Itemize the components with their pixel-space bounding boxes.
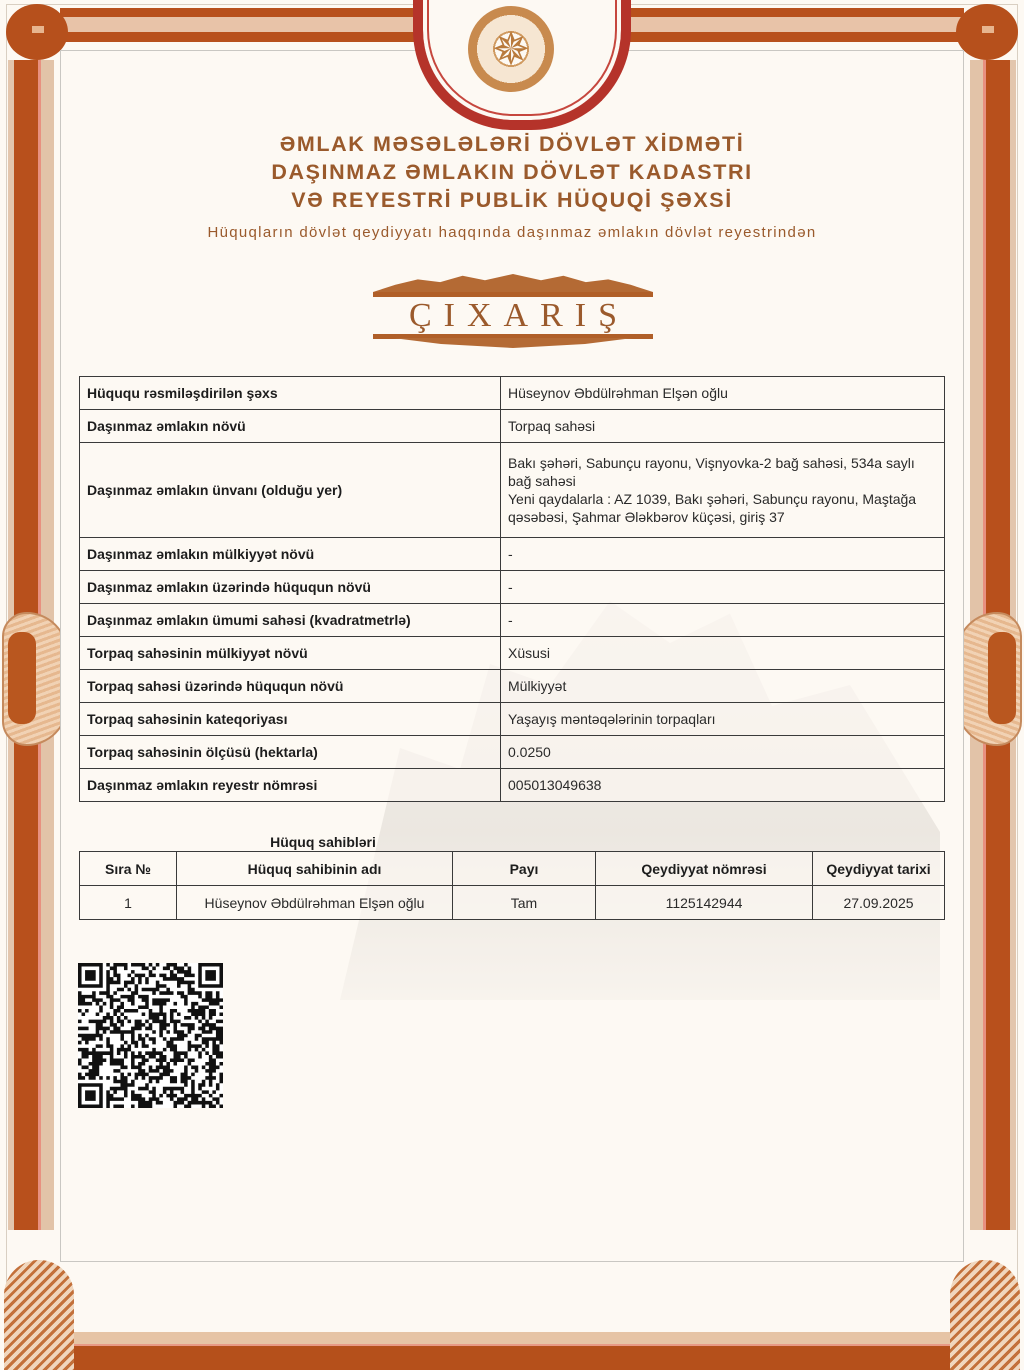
owner-name: Hüseynov Əbdülrəhman Elşən oğlu [177, 886, 453, 920]
qr-code-graphic [78, 963, 223, 1108]
table-row: Torpaq sahəsinin kateqoriyası Yaşayış mə… [80, 703, 945, 736]
table-header-row: Sıra № Hüquq sahibinin adı Payı Qeydiyya… [80, 852, 945, 886]
banner-ornament-icon [373, 274, 653, 292]
header-line-2: DAŞINMAZ ƏMLAKIN DÖVLƏT KADASTRI [0, 158, 1024, 186]
field-label: Torpaq sahəsinin mülkiyyət növü [80, 637, 501, 670]
table-row: Daşınmaz əmlakın mülkiyyət növü - [80, 538, 945, 571]
owners-section-title: Hüquq sahibləri [79, 834, 567, 850]
field-value: Mülkiyyət [501, 670, 945, 703]
table-row: Daşınmaz əmlakın ümumi sahəsi (kvadratme… [80, 604, 945, 637]
field-label: Daşınmaz əmlakın üzərində hüququn növü [80, 571, 501, 604]
column-header-owner-name: Hüquq sahibinin adı [177, 852, 453, 886]
emblem-star-icon: ✵ [492, 22, 531, 76]
address-old: Bakı şəhəri, Sabunçu rayonu, Vişnyovka-2… [508, 454, 937, 490]
column-header-index: Sıra № [80, 852, 177, 886]
banner-ornament-icon [393, 338, 633, 348]
column-header-registration-number: Qeydiyyat nömrəsi [596, 852, 813, 886]
state-emblem-icon: ✵ [468, 6, 554, 92]
table-row: Daşınmaz əmlakın reyestr nömrəsi 0050130… [80, 769, 945, 802]
frame-border-bottom [66, 1326, 958, 1370]
column-header-share: Payı [453, 852, 596, 886]
field-label: Hüququ rəsmiləşdirilən şəxs [80, 377, 501, 410]
bottom-corner-ornament-icon [950, 1260, 1020, 1370]
document-header: ƏMLAK MƏSƏLƏLƏRİ DÖVLƏT XİDMƏTİ DAŞINMAZ… [0, 130, 1024, 241]
field-label: Daşınmaz əmlakın reyestr nömrəsi [80, 769, 501, 802]
field-label: Daşınmaz əmlakın növü [80, 410, 501, 443]
field-label: Daşınmaz əmlakın ünvanı (olduğu yer) [80, 443, 501, 538]
corner-ornament-icon [956, 4, 1018, 60]
document-title-banner: ÇIXARIŞ [373, 270, 653, 348]
table-row: Hüququ rəsmiləşdirilən şəxs Hüseynov Əbd… [80, 377, 945, 410]
field-value: - [501, 571, 945, 604]
field-value: Xüsusi [501, 637, 945, 670]
header-line-1: ƏMLAK MƏSƏLƏLƏRİ DÖVLƏT XİDMƏTİ [0, 130, 1024, 158]
table-row: Torpaq sahəsi üzərində hüququn növü Mülk… [80, 670, 945, 703]
side-rosette-icon [956, 612, 1022, 746]
field-value: 0.0250 [501, 736, 945, 769]
side-rosette-icon [2, 612, 68, 746]
field-label: Torpaq sahəsi üzərində hüququn növü [80, 670, 501, 703]
registration-number: 1125142944 [596, 886, 813, 920]
owner-index: 1 [80, 886, 177, 920]
qr-code-icon[interactable] [78, 963, 223, 1108]
table-row: Daşınmaz əmlakın ünvanı (olduğu yer) Bak… [80, 443, 945, 538]
table-row: Torpaq sahəsinin ölçüsü (hektarla) 0.025… [80, 736, 945, 769]
column-header-registration-date: Qeydiyyat tarixi [813, 852, 945, 886]
property-info-table: Hüququ rəsmiləşdirilən şəxs Hüseynov Əbd… [79, 376, 945, 802]
field-value: Yaşayış məntəqələrinin torpaqları [501, 703, 945, 736]
field-label: Torpaq sahəsinin ölçüsü (hektarla) [80, 736, 501, 769]
header-subtitle: Hüquqların dövlət qeydiyyatı haqqında da… [0, 224, 1024, 241]
table-row: 1 Hüseynov Əbdülrəhman Elşən oğlu Tam 11… [80, 886, 945, 920]
document-title: ÇIXARIŞ [373, 296, 653, 336]
field-value: - [501, 538, 945, 571]
table-row: Daşınmaz əmlakın üzərində hüququn növü - [80, 571, 945, 604]
owners-table: Sıra № Hüquq sahibinin adı Payı Qeydiyya… [79, 851, 945, 920]
field-value: Torpaq sahəsi [501, 410, 945, 443]
table-row: Torpaq sahəsinin mülkiyyət növü Xüsusi [80, 637, 945, 670]
field-value: Hüseynov Əbdülrəhman Elşən oğlu [501, 377, 945, 410]
corner-ornament-icon [6, 4, 68, 60]
table-row: Daşınmaz əmlakın növü Torpaq sahəsi [80, 410, 945, 443]
field-label: Daşınmaz əmlakın mülkiyyət növü [80, 538, 501, 571]
bottom-corner-ornament-icon [4, 1260, 74, 1370]
owner-share: Tam [453, 886, 596, 920]
field-label: Daşınmaz əmlakın ümumi sahəsi (kvadratme… [80, 604, 501, 637]
registration-date: 27.09.2025 [813, 886, 945, 920]
field-value: - [501, 604, 945, 637]
field-value: 005013049638 [501, 769, 945, 802]
address-new: Yeni qaydalarla : AZ 1039, Bakı şəhəri, … [508, 490, 937, 526]
field-label: Torpaq sahəsinin kateqoriyası [80, 703, 501, 736]
header-line-3: VƏ REYESTRİ PUBLİK HÜQUQİ ŞƏXSİ [0, 186, 1024, 214]
field-value-address: Bakı şəhəri, Sabunçu rayonu, Vişnyovka-2… [501, 443, 945, 538]
